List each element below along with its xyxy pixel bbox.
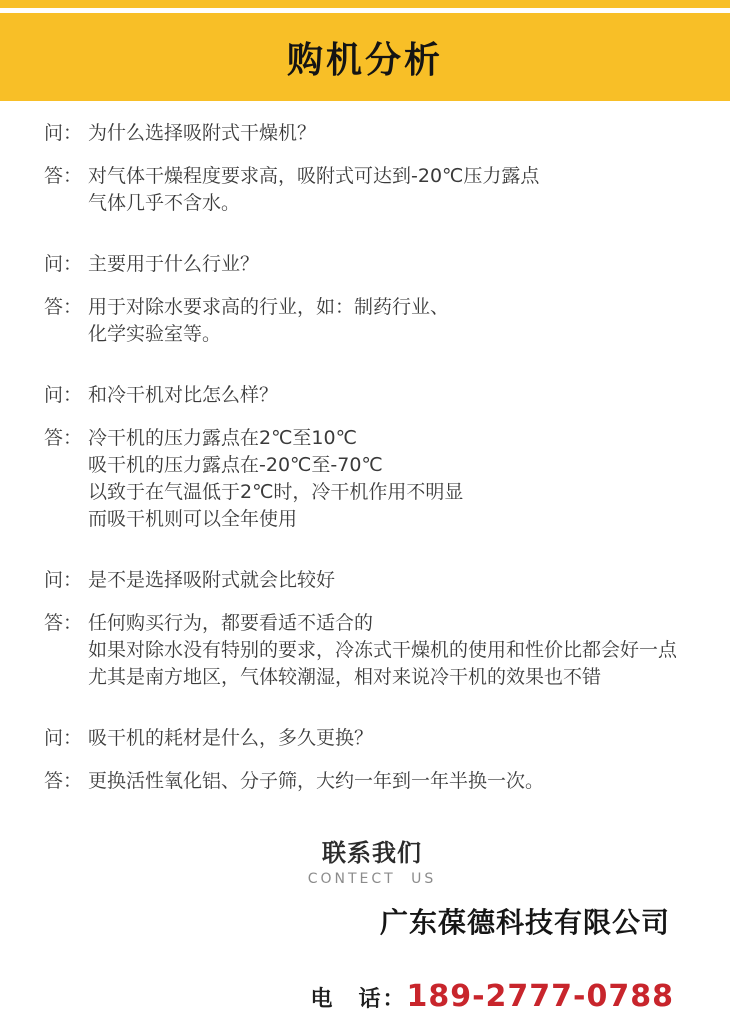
question-label: 问： [44, 725, 88, 752]
answer-line: 冷干机的压力露点在2℃至10℃ [88, 425, 463, 452]
page-title: 购机分析 [287, 32, 443, 83]
answer-row: 答： 对气体干燥程度要求高，吸附式可达到-20℃压力露点 气体几乎不含水。 [44, 163, 700, 217]
question-label: 问： [44, 567, 88, 594]
contact-heading: 联系我们 [44, 833, 700, 868]
answer-line: 更换活性氧化铝、分子筛，大约一年到一年半换一次。 [88, 768, 544, 795]
answer-text: 更换活性氧化铝、分子筛，大约一年到一年半换一次。 [88, 768, 544, 795]
company-name: 广东葆德科技有限公司 [380, 906, 670, 939]
answer-row: 答： 任何购买行为，都要看适不适合的 如果对除水没有特别的要求，冷冻式干燥机的使… [44, 610, 700, 691]
question-text: 为什么选择吸附式干燥机？ [88, 120, 316, 147]
answer-line: 对气体干燥程度要求高，吸附式可达到-20℃压力露点 [88, 163, 539, 190]
phone-number: 189-2777-0788 [406, 979, 674, 1014]
answer-row: 答： 更换活性氧化铝、分子筛，大约一年到一年半换一次。 [44, 768, 700, 795]
answer-label: 答： [44, 294, 88, 321]
answer-line: 用于对除水要求高的行业，如：制药行业、 [88, 294, 449, 321]
question-label: 问： [44, 120, 88, 147]
contact-section: 联系我们 CONTECT US 广东葆德科技有限公司 电 话：189-2777-… [44, 833, 700, 1014]
answer-line: 如果对除水没有特别的要求，冷冻式干燥机的使用和性价比都会好一点 [88, 637, 677, 664]
answer-line: 而吸干机则可以全年使用 [88, 506, 463, 533]
question-row: 问： 是不是选择吸附式就会比较好 [44, 567, 700, 594]
answer-text: 对气体干燥程度要求高，吸附式可达到-20℃压力露点 气体几乎不含水。 [88, 163, 539, 217]
top-accent-strip [0, 0, 730, 8]
answer-line: 以致于在气温低于2℃时，冷干机作用不明显 [88, 479, 463, 506]
answer-line: 尤其是南方地区，气体较潮湿，相对来说冷干机的效果也不错 [88, 664, 677, 691]
question-row: 问： 主要用于什么行业？ [44, 251, 700, 278]
answer-label: 答： [44, 610, 88, 637]
qa-block-5: 问： 吸干机的耗材是什么，多久更换？ 答： 更换活性氧化铝、分子筛，大约一年到一… [44, 725, 700, 795]
question-text: 和冷干机对比怎么样？ [88, 382, 278, 409]
answer-text: 用于对除水要求高的行业，如：制药行业、 化学实验室等。 [88, 294, 449, 348]
question-label: 问： [44, 382, 88, 409]
question-row: 问： 和冷干机对比怎么样？ [44, 382, 700, 409]
qa-block-3: 问： 和冷干机对比怎么样？ 答： 冷干机的压力露点在2℃至10℃ 吸干机的压力露… [44, 382, 700, 533]
answer-text: 冷干机的压力露点在2℃至10℃ 吸干机的压力露点在-20℃至-70℃ 以致于在气… [88, 425, 463, 533]
answer-label: 答： [44, 425, 88, 452]
answer-line: 化学实验室等。 [88, 321, 449, 348]
qa-content: 问： 为什么选择吸附式干燥机？ 答： 对气体干燥程度要求高，吸附式可达到-20℃… [0, 101, 730, 1014]
contact-subheading: CONTECT US [44, 871, 700, 887]
question-text: 是不是选择吸附式就会比较好 [88, 567, 335, 594]
question-label: 问： [44, 251, 88, 278]
question-row: 问： 为什么选择吸附式干燥机？ [44, 120, 700, 147]
answer-label: 答： [44, 163, 88, 190]
phone-label: 电 话： [310, 987, 406, 1012]
qa-block-2: 问： 主要用于什么行业？ 答： 用于对除水要求高的行业，如：制药行业、 化学实验… [44, 251, 700, 348]
qa-block-4: 问： 是不是选择吸附式就会比较好 答： 任何购买行为，都要看适不适合的 如果对除… [44, 567, 700, 691]
question-row: 问： 吸干机的耗材是什么，多久更换？ [44, 725, 700, 752]
answer-line: 吸干机的压力露点在-20℃至-70℃ [88, 452, 463, 479]
answer-row: 答： 冷干机的压力露点在2℃至10℃ 吸干机的压力露点在-20℃至-70℃ 以致… [44, 425, 700, 533]
answer-row: 答： 用于对除水要求高的行业，如：制药行业、 化学实验室等。 [44, 294, 700, 348]
header-banner: 购机分析 [0, 13, 730, 101]
question-text: 吸干机的耗材是什么，多久更换？ [88, 725, 373, 752]
answer-label: 答： [44, 768, 88, 795]
question-text: 主要用于什么行业？ [88, 251, 259, 278]
answer-line: 任何购买行为，都要看适不适合的 [88, 610, 677, 637]
answer-text: 任何购买行为，都要看适不适合的 如果对除水没有特别的要求，冷冻式干燥机的使用和性… [88, 610, 677, 691]
answer-line: 气体几乎不含水。 [88, 190, 539, 217]
qa-block-1: 问： 为什么选择吸附式干燥机？ 答： 对气体干燥程度要求高，吸附式可达到-20℃… [44, 120, 700, 217]
phone-row: 电 话：189-2777-0788 [44, 979, 700, 1014]
company-row: 广东葆德科技有限公司 [44, 901, 700, 941]
